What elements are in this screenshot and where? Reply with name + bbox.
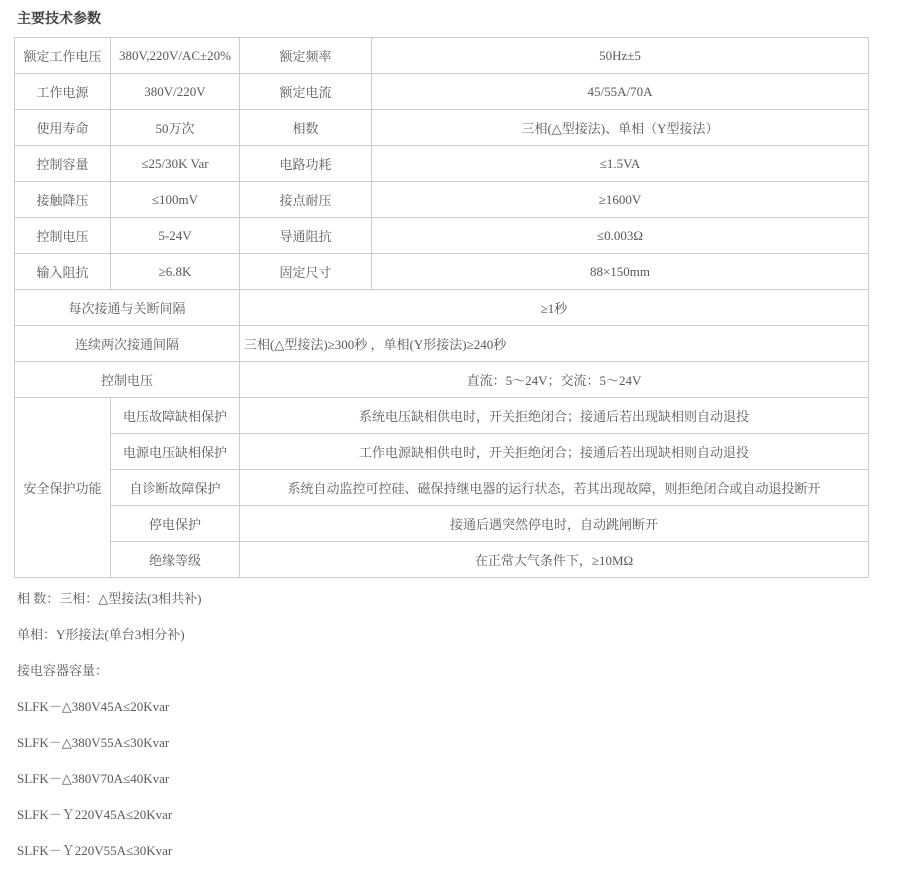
safety-name: 绝缘等级 — [111, 542, 240, 578]
safety-desc: 在正常大气条件下，≥10MΩ — [240, 542, 869, 578]
param-value: 380V/220V — [111, 74, 240, 110]
param-value: ≤100mV — [111, 182, 240, 218]
param-label: 导通阻抗 — [240, 218, 372, 254]
page-title: 主要技术参数 — [14, 10, 903, 27]
specs-table: 额定工作电压 380V,220V/AC±20% 额定频率 50Hz±5 工作电源… — [14, 37, 869, 578]
table-row: 使用寿命 50万次 相数 三相(△型接法)、单相（Y型接法） — [15, 110, 869, 146]
param-value: 三相(△型接法)≥300秒 ，单相(Y形接法)≥240秒 — [240, 326, 869, 362]
param-label: 电路功耗 — [240, 146, 372, 182]
table-row: 输入阻抗 ≥6.8K 固定尺寸 88×150mm — [15, 254, 869, 290]
param-value: 380V,220V/AC±20% — [111, 38, 240, 74]
safety-desc: 工作电源缺相供电时，开关拒绝闭合；接通后若出现缺相则自动退投 — [240, 434, 869, 470]
table-row: 连续两次接通间隔 三相(△型接法)≥300秒 ，单相(Y形接法)≥240秒 — [15, 326, 869, 362]
param-label: 相数 — [240, 110, 372, 146]
param-value: 50Hz±5 — [372, 38, 869, 74]
safety-name: 自诊断故障保护 — [111, 470, 240, 506]
param-value: ≤0.003Ω — [372, 218, 869, 254]
table-row: 自诊断故障保护 系统自动监控可控硅、磁保持继电器的运行状态，若其出现故障，则拒绝… — [15, 470, 869, 506]
param-label: 额定工作电压 — [15, 38, 111, 74]
safety-name: 电压故障缺相保护 — [111, 398, 240, 434]
safety-name: 停电保护 — [111, 506, 240, 542]
safety-desc: 系统电压缺相供电时，开关拒绝闭合；接通后若出现缺相则自动退投 — [240, 398, 869, 434]
table-row: 每次接通与关断间隔 ≥1秒 — [15, 290, 869, 326]
param-label: 控制电压 — [15, 362, 240, 398]
param-value: ≥6.8K — [111, 254, 240, 290]
note-line: 接电容器容量： — [17, 653, 903, 689]
note-line: 单相：Y形接法(单台3相分补) — [17, 617, 903, 653]
table-row: 工作电源 380V/220V 额定电流 45/55A/70A — [15, 74, 869, 110]
param-label: 控制电压 — [15, 218, 111, 254]
table-row: 额定工作电压 380V,220V/AC±20% 额定频率 50Hz±5 — [15, 38, 869, 74]
note-line: SLFK－△380V45A≤20Kvar — [17, 689, 903, 725]
notes: 相 数：三相：△型接法(3相共补) 单相：Y形接法(单台3相分补) 接电容器容量… — [14, 578, 903, 869]
param-label: 工作电源 — [15, 74, 111, 110]
param-label: 接触降压 — [15, 182, 111, 218]
note-line: SLFK－△380V55A≤30Kvar — [17, 725, 903, 761]
param-value: ≥1600V — [372, 182, 869, 218]
param-value: 50万次 — [111, 110, 240, 146]
table-row: 绝缘等级 在正常大气条件下，≥10MΩ — [15, 542, 869, 578]
table-row: 接触降压 ≤100mV 接点耐压 ≥1600V — [15, 182, 869, 218]
table-row: 停电保护 接通后遇突然停电时，自动跳闸断开 — [15, 506, 869, 542]
param-value: ≤25/30K Var — [111, 146, 240, 182]
table-row: 安全保护功能 电压故障缺相保护 系统电压缺相供电时，开关拒绝闭合；接通后若出现缺… — [15, 398, 869, 434]
param-label: 每次接通与关断间隔 — [15, 290, 240, 326]
param-value: ≤1.5VA — [372, 146, 869, 182]
table-row: 电源电压缺相保护 工作电源缺相供电时，开关拒绝闭合；接通后若出现缺相则自动退投 — [15, 434, 869, 470]
note-line: 相 数：三相：△型接法(3相共补) — [17, 581, 903, 617]
param-value: 5-24V — [111, 218, 240, 254]
param-label: 接点耐压 — [240, 182, 372, 218]
note-line: SLFK－Ｙ220V45A≤20Kvar — [17, 797, 903, 833]
param-value: ≥1秒 — [240, 290, 869, 326]
note-line: SLFK－Ｙ220V55A≤30Kvar — [17, 833, 903, 869]
table-row: 控制电压 直流：5～24V；交流：5～24V — [15, 362, 869, 398]
param-value: 88×150mm — [372, 254, 869, 290]
safety-desc: 接通后遇突然停电时，自动跳闸断开 — [240, 506, 869, 542]
param-label: 控制容量 — [15, 146, 111, 182]
param-value: 三相(△型接法)、单相（Y型接法） — [372, 110, 869, 146]
page: 主要技术参数 额定工作电压 380V,220V/AC±20% 额定频率 50Hz… — [0, 0, 903, 869]
note-line: SLFK－△380V70A≤40Kvar — [17, 761, 903, 797]
param-label: 额定电流 — [240, 74, 372, 110]
param-value: 45/55A/70A — [372, 74, 869, 110]
param-label: 固定尺寸 — [240, 254, 372, 290]
safety-name: 电源电压缺相保护 — [111, 434, 240, 470]
table-row: 控制容量 ≤25/30K Var 电路功耗 ≤1.5VA — [15, 146, 869, 182]
table-row: 控制电压 5-24V 导通阻抗 ≤0.003Ω — [15, 218, 869, 254]
param-value: 直流：5～24V；交流：5～24V — [240, 362, 869, 398]
param-label: 额定频率 — [240, 38, 372, 74]
param-label: 输入阻抗 — [15, 254, 111, 290]
safety-desc: 系统自动监控可控硅、磁保持继电器的运行状态，若其出现故障，则拒绝闭合或自动退投断… — [240, 470, 869, 506]
param-label: 连续两次接通间隔 — [15, 326, 240, 362]
param-label: 使用寿命 — [15, 110, 111, 146]
safety-group-label: 安全保护功能 — [15, 398, 111, 578]
